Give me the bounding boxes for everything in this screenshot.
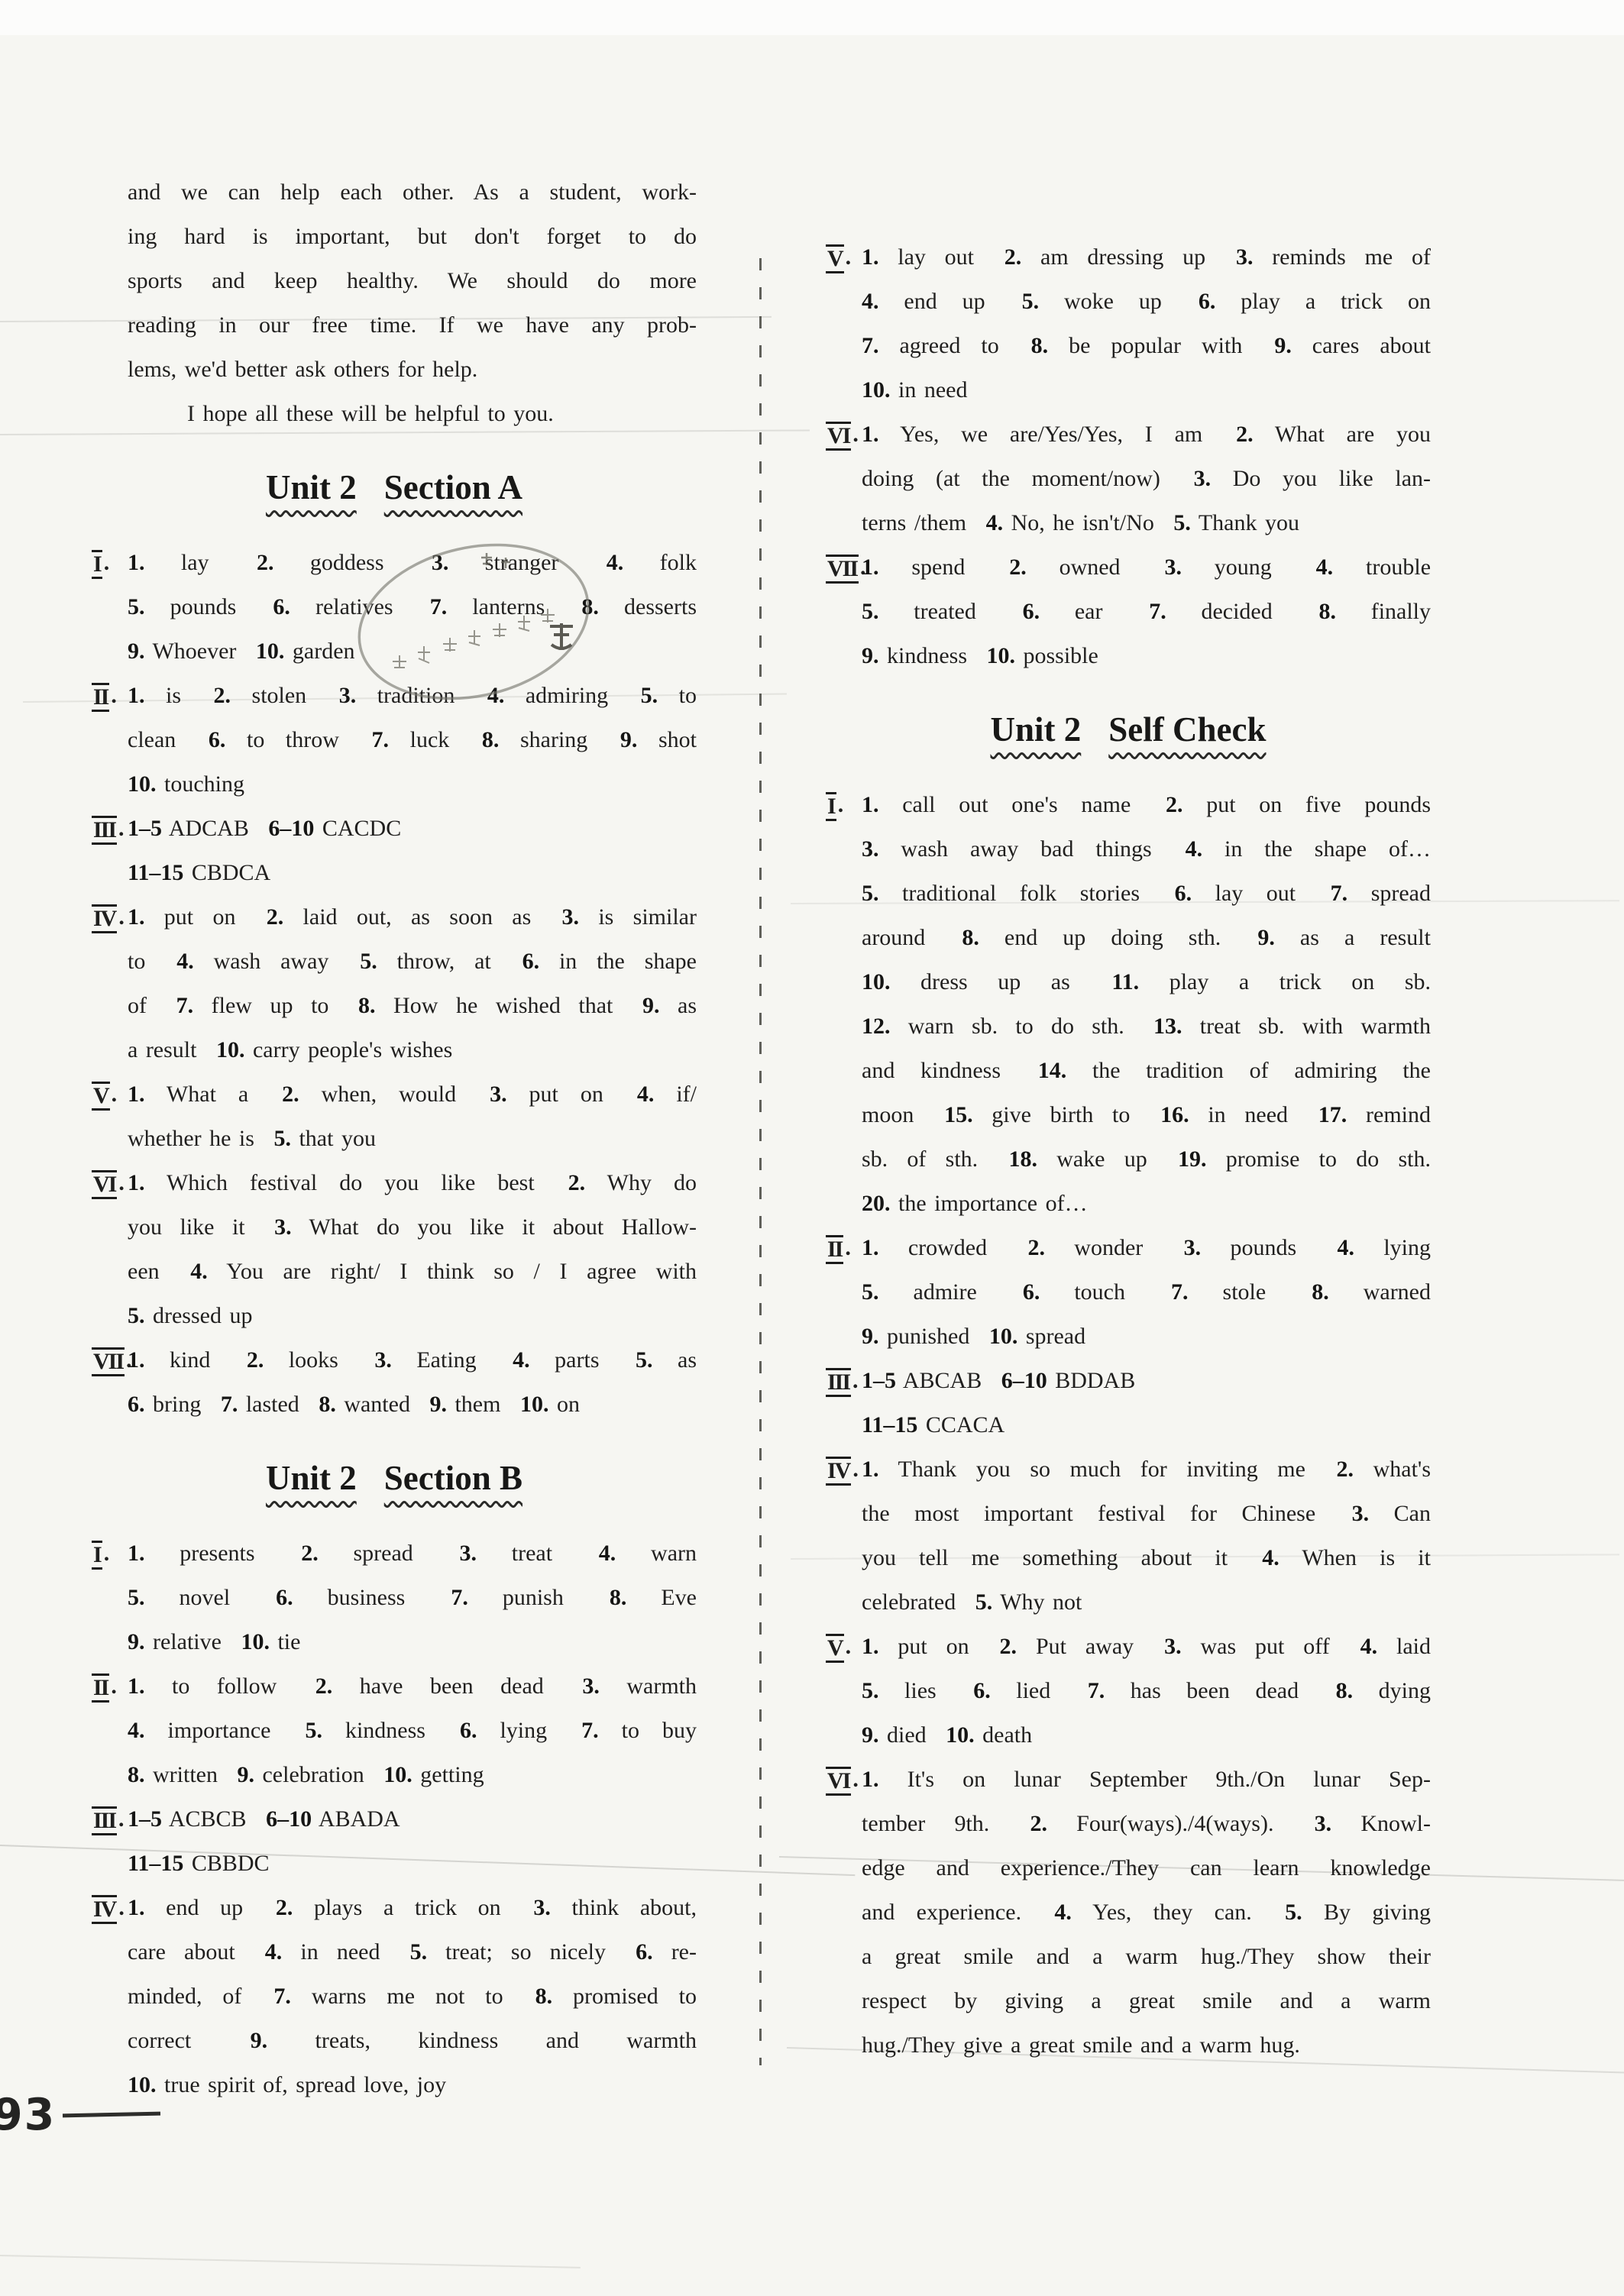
text-line: 10. true spirit of, spread love, joy <box>128 2063 697 2107</box>
text-line: 5. pounds 6. relatives 7. lanterns 8. de… <box>128 585 697 629</box>
text-line: and we can help each other. As a student… <box>128 170 697 215</box>
answer-entry: II.1. to follow 2. have been dead 3. war… <box>92 1664 697 1797</box>
text-line: 5. novel 6. business 7. punish 8. Eve <box>128 1576 697 1620</box>
roman-numeral: II. <box>92 674 117 718</box>
text-line: doing (at the moment/now) 3. Do you like… <box>862 457 1431 501</box>
roman-numeral: IV. <box>92 895 125 939</box>
text-line: 11–15 CBDCA <box>128 851 697 895</box>
text-line: 11–15 CBBDC <box>128 1842 697 1886</box>
paragraph: I hope all these will be helpful to you. <box>92 392 697 436</box>
text-line: 9. punished 10. spread <box>862 1315 1431 1359</box>
text-line: correct 9. treats, kindness and warmth <box>128 2019 697 2063</box>
answer-entry: IV.1. end up 2. plays a trick on 3. thin… <box>92 1886 697 2107</box>
text-line: ing hard is important, but don't forget … <box>128 215 697 259</box>
roman-numeral: IV. <box>92 1886 125 1930</box>
text-line: respect by giving a great smile and a wa… <box>862 1979 1431 2023</box>
answer-entry: IV.1. Thank you so much for inviting me … <box>826 1447 1431 1625</box>
text-line: you like it 3. What do you like it about… <box>128 1205 697 1250</box>
answer-entry: V.1. What a 2. when, would 3. put on 4. … <box>92 1072 697 1161</box>
answer-entry: I.1. presents 2. spread 3. treat 4. warn… <box>92 1531 697 1664</box>
text-line: 1–5 ACBCB 6–10 ABADA <box>128 1797 697 1842</box>
text-line: edge and experience./They can learn know… <box>862 1846 1431 1890</box>
text-line: a result 10. carry people's wishes <box>128 1028 697 1072</box>
answer-entry: VI.1. Yes, we are/Yes/Yes, I am 2. What … <box>826 412 1431 545</box>
text-line: I hope all these will be helpful to you. <box>128 392 697 436</box>
roman-numeral: V. <box>92 1072 117 1117</box>
text-line: a great smile and a warm hug./They show … <box>862 1935 1431 1979</box>
answer-entry: I.1. call out one's name 2. put on five … <box>826 783 1431 1226</box>
paragraph: and we can help each other. As a student… <box>92 170 697 392</box>
answer-entry: IV.1. put on 2. laid out, as soon as 3. … <box>92 895 697 1072</box>
text-line: lems, we'd better ask others for help. <box>128 348 697 392</box>
text-line: 1. lay 2. goddess 3. stranger 4. folk <box>128 541 697 585</box>
text-line: 12. warn sb. to do sth. 13. treat sb. wi… <box>862 1004 1431 1049</box>
answer-entry: III.1–5 ADCAB 6–10 CACDC11–15 CBDCA <box>92 807 697 895</box>
page-number: 93 <box>0 2090 56 2140</box>
roman-numeral: V. <box>826 1625 851 1669</box>
text-line: minded, of 7. warns me not to 8. promise… <box>128 1974 697 2019</box>
scanned-page: and we can help each other. As a student… <box>0 0 1624 2296</box>
text-line: 5. treated 6. ear 7. decided 8. finally <box>862 590 1431 634</box>
answer-entry: VII.1. kind 2. looks 3. Eating 4. parts … <box>92 1338 697 1427</box>
text-line: 6. bring 7. lasted 8. wanted 9. them 10.… <box>128 1382 697 1427</box>
column-divider-dashed-line <box>759 258 762 2065</box>
text-line: 20. the importance of… <box>862 1182 1431 1226</box>
answer-entry: III.1–5 ABCAB 6–10 BDDAB11–15 CCACA <box>826 1359 1431 1447</box>
answer-entry: V.1. lay out 2. am dressing up 3. remind… <box>826 235 1431 412</box>
text-line: celebrated 5. Why not <box>862 1580 1431 1625</box>
answer-entry: II.1. crowded 2. wonder 3. pounds 4. lyi… <box>826 1226 1431 1359</box>
text-line: 5. dressed up <box>128 1294 697 1338</box>
text-line: 4. importance 5. kindness 6. lying 7. to… <box>128 1709 697 1753</box>
text-line: 10. dress up as 11. play a trick on sb. <box>862 960 1431 1004</box>
text-line: 7. agreed to 8. be popular with 9. cares… <box>862 324 1431 368</box>
text-line: clean 6. to throw 7. luck 8. sharing 9. … <box>128 718 697 762</box>
text-line: 1–5 ADCAB 6–10 CACDC <box>128 807 697 851</box>
roman-numeral: VI. <box>92 1161 125 1205</box>
answer-entry: I.1. lay 2. goddess 3. stranger 4. folk5… <box>92 541 697 674</box>
text-line: around 8. end up doing sth. 9. as a resu… <box>862 916 1431 960</box>
text-line: care about 4. in need 5. treat; so nicel… <box>128 1930 697 1974</box>
right-column: V.1. lay out 2. am dressing up 3. remind… <box>826 0 1431 2068</box>
text-line: tember 9th. 2. Four(ways)./4(ways). 3. K… <box>862 1802 1431 1846</box>
text-line: 5. traditional folk stories 6. lay out 7… <box>862 872 1431 916</box>
text-line: 1. Which festival do you like best 2. Wh… <box>128 1161 697 1205</box>
text-line: 3. wash away bad things 4. in the shape … <box>862 827 1431 872</box>
text-line: to 4. wash away 5. throw, at 6. in the s… <box>128 939 697 984</box>
roman-numeral: VII. <box>92 1338 132 1382</box>
answer-entry: VI.1. It's on lunar September 9th./On lu… <box>826 1758 1431 2068</box>
left-column: and we can help each other. As a student… <box>92 0 697 2107</box>
roman-numeral: VI. <box>826 1758 859 1802</box>
section-heading: Unit 2Section A <box>92 464 697 519</box>
answer-entry: III.1–5 ACBCB 6–10 ABADA11–15 CBBDC <box>92 1797 697 1886</box>
text-line: 4. end up 5. woke up 6. play a trick on <box>862 280 1431 324</box>
answer-entry: VI.1. Which festival do you like best 2.… <box>92 1161 697 1338</box>
answer-entry: VII.1. spend 2. owned 3. young 4. troubl… <box>826 545 1431 678</box>
roman-numeral: VII. <box>826 545 866 590</box>
text-line: you tell me something about it 4. When i… <box>862 1536 1431 1580</box>
roman-numeral: VI. <box>826 412 859 457</box>
section-heading: Unit 2Section B <box>92 1454 697 1510</box>
roman-numeral: I. <box>826 783 843 827</box>
text-line: 1. Yes, we are/Yes/Yes, I am 2. What are… <box>862 412 1431 457</box>
text-line: the most important festival for Chinese … <box>862 1492 1431 1536</box>
roman-numeral: I. <box>92 541 109 585</box>
section-heading-text: Unit 2Self Check <box>990 706 1266 753</box>
answer-entry: II.1. is 2. stolen 3. tradition 4. admir… <box>92 674 697 807</box>
roman-numeral: III. <box>92 1797 125 1842</box>
scan-artifact-line <box>0 2255 581 2269</box>
text-line: 1. Thank you so much for inviting me 2. … <box>862 1447 1431 1492</box>
text-line: 9. Whoever 10. garden <box>128 629 697 674</box>
section-heading: Unit 2Self Check <box>826 706 1431 762</box>
text-line: 11–15 CCACA <box>862 1403 1431 1447</box>
text-line: and kindness 14. the tradition of admiri… <box>862 1049 1431 1093</box>
text-line: 8. written 9. celebration 10. getting <box>128 1753 697 1797</box>
roman-numeral: II. <box>92 1664 117 1709</box>
text-line: 1. to follow 2. have been dead 3. warmth <box>128 1664 697 1709</box>
roman-numeral: I. <box>92 1531 109 1576</box>
page-number-rule <box>63 2112 160 2118</box>
text-line: 1. end up 2. plays a trick on 3. think a… <box>128 1886 697 1930</box>
text-line: 1. crowded 2. wonder 3. pounds 4. lying <box>862 1226 1431 1270</box>
section-heading-text: Unit 2Section A <box>266 464 522 511</box>
text-line: 9. relative 10. tie <box>128 1620 697 1664</box>
text-line: 1. It's on lunar September 9th./On lunar… <box>862 1758 1431 1802</box>
text-line: whether he is 5. that you <box>128 1117 697 1161</box>
text-line: 9. kindness 10. possible <box>862 634 1431 678</box>
text-line: 1. put on 2. laid out, as soon as 3. is … <box>128 895 697 939</box>
roman-numeral: III. <box>826 1359 859 1403</box>
roman-numeral: II. <box>826 1226 851 1270</box>
text-line: 10. touching <box>128 762 697 807</box>
text-line: of 7. flew up to 8. How he wished that 9… <box>128 984 697 1028</box>
text-line: reading in our free time. If we have any… <box>128 303 697 348</box>
section-heading-text: Unit 2Section B <box>266 1454 522 1502</box>
answer-entry: V.1. put on 2. Put away 3. was put off 4… <box>826 1625 1431 1758</box>
text-line: 1. What a 2. when, would 3. put on 4. if… <box>128 1072 697 1117</box>
text-line: een 4. You are right/ I think so / I agr… <box>128 1250 697 1294</box>
text-line: 1–5 ABCAB 6–10 BDDAB <box>862 1359 1431 1403</box>
text-line: 10. in need <box>862 368 1431 412</box>
text-line: 1. call out one's name 2. put on five po… <box>862 783 1431 827</box>
text-line: 9. died 10. death <box>862 1713 1431 1758</box>
text-line: 1. lay out 2. am dressing up 3. reminds … <box>862 235 1431 280</box>
roman-numeral: III. <box>92 807 125 851</box>
text-line: 5. lies 6. lied 7. has been dead 8. dyin… <box>862 1669 1431 1713</box>
roman-numeral: V. <box>826 235 851 280</box>
text-line: 1. presents 2. spread 3. treat 4. warn <box>128 1531 697 1576</box>
text-line: 1. spend 2. owned 3. young 4. trouble <box>862 545 1431 590</box>
text-line: sb. of sth. 18. wake up 19. promise to d… <box>862 1137 1431 1182</box>
text-line: moon 15. give birth to 16. in need 17. r… <box>862 1093 1431 1137</box>
text-line: and experience. 4. Yes, they can. 5. By … <box>862 1890 1431 1935</box>
text-line: terns /them 4. No, he isn't/No 5. Thank … <box>862 501 1431 545</box>
text-line: 1. kind 2. looks 3. Eating 4. parts 5. a… <box>128 1338 697 1382</box>
text-line: 5. admire 6. touch 7. stole 8. warned <box>862 1270 1431 1315</box>
text-line: 1. put on 2. Put away 3. was put off 4. … <box>862 1625 1431 1669</box>
text-line: hug./They give a great smile and a warm … <box>862 2023 1431 2068</box>
text-line: 1. is 2. stolen 3. tradition 4. admiring… <box>128 674 697 718</box>
text-line: sports and keep healthy. We should do mo… <box>128 259 697 303</box>
roman-numeral: IV. <box>826 1447 859 1492</box>
